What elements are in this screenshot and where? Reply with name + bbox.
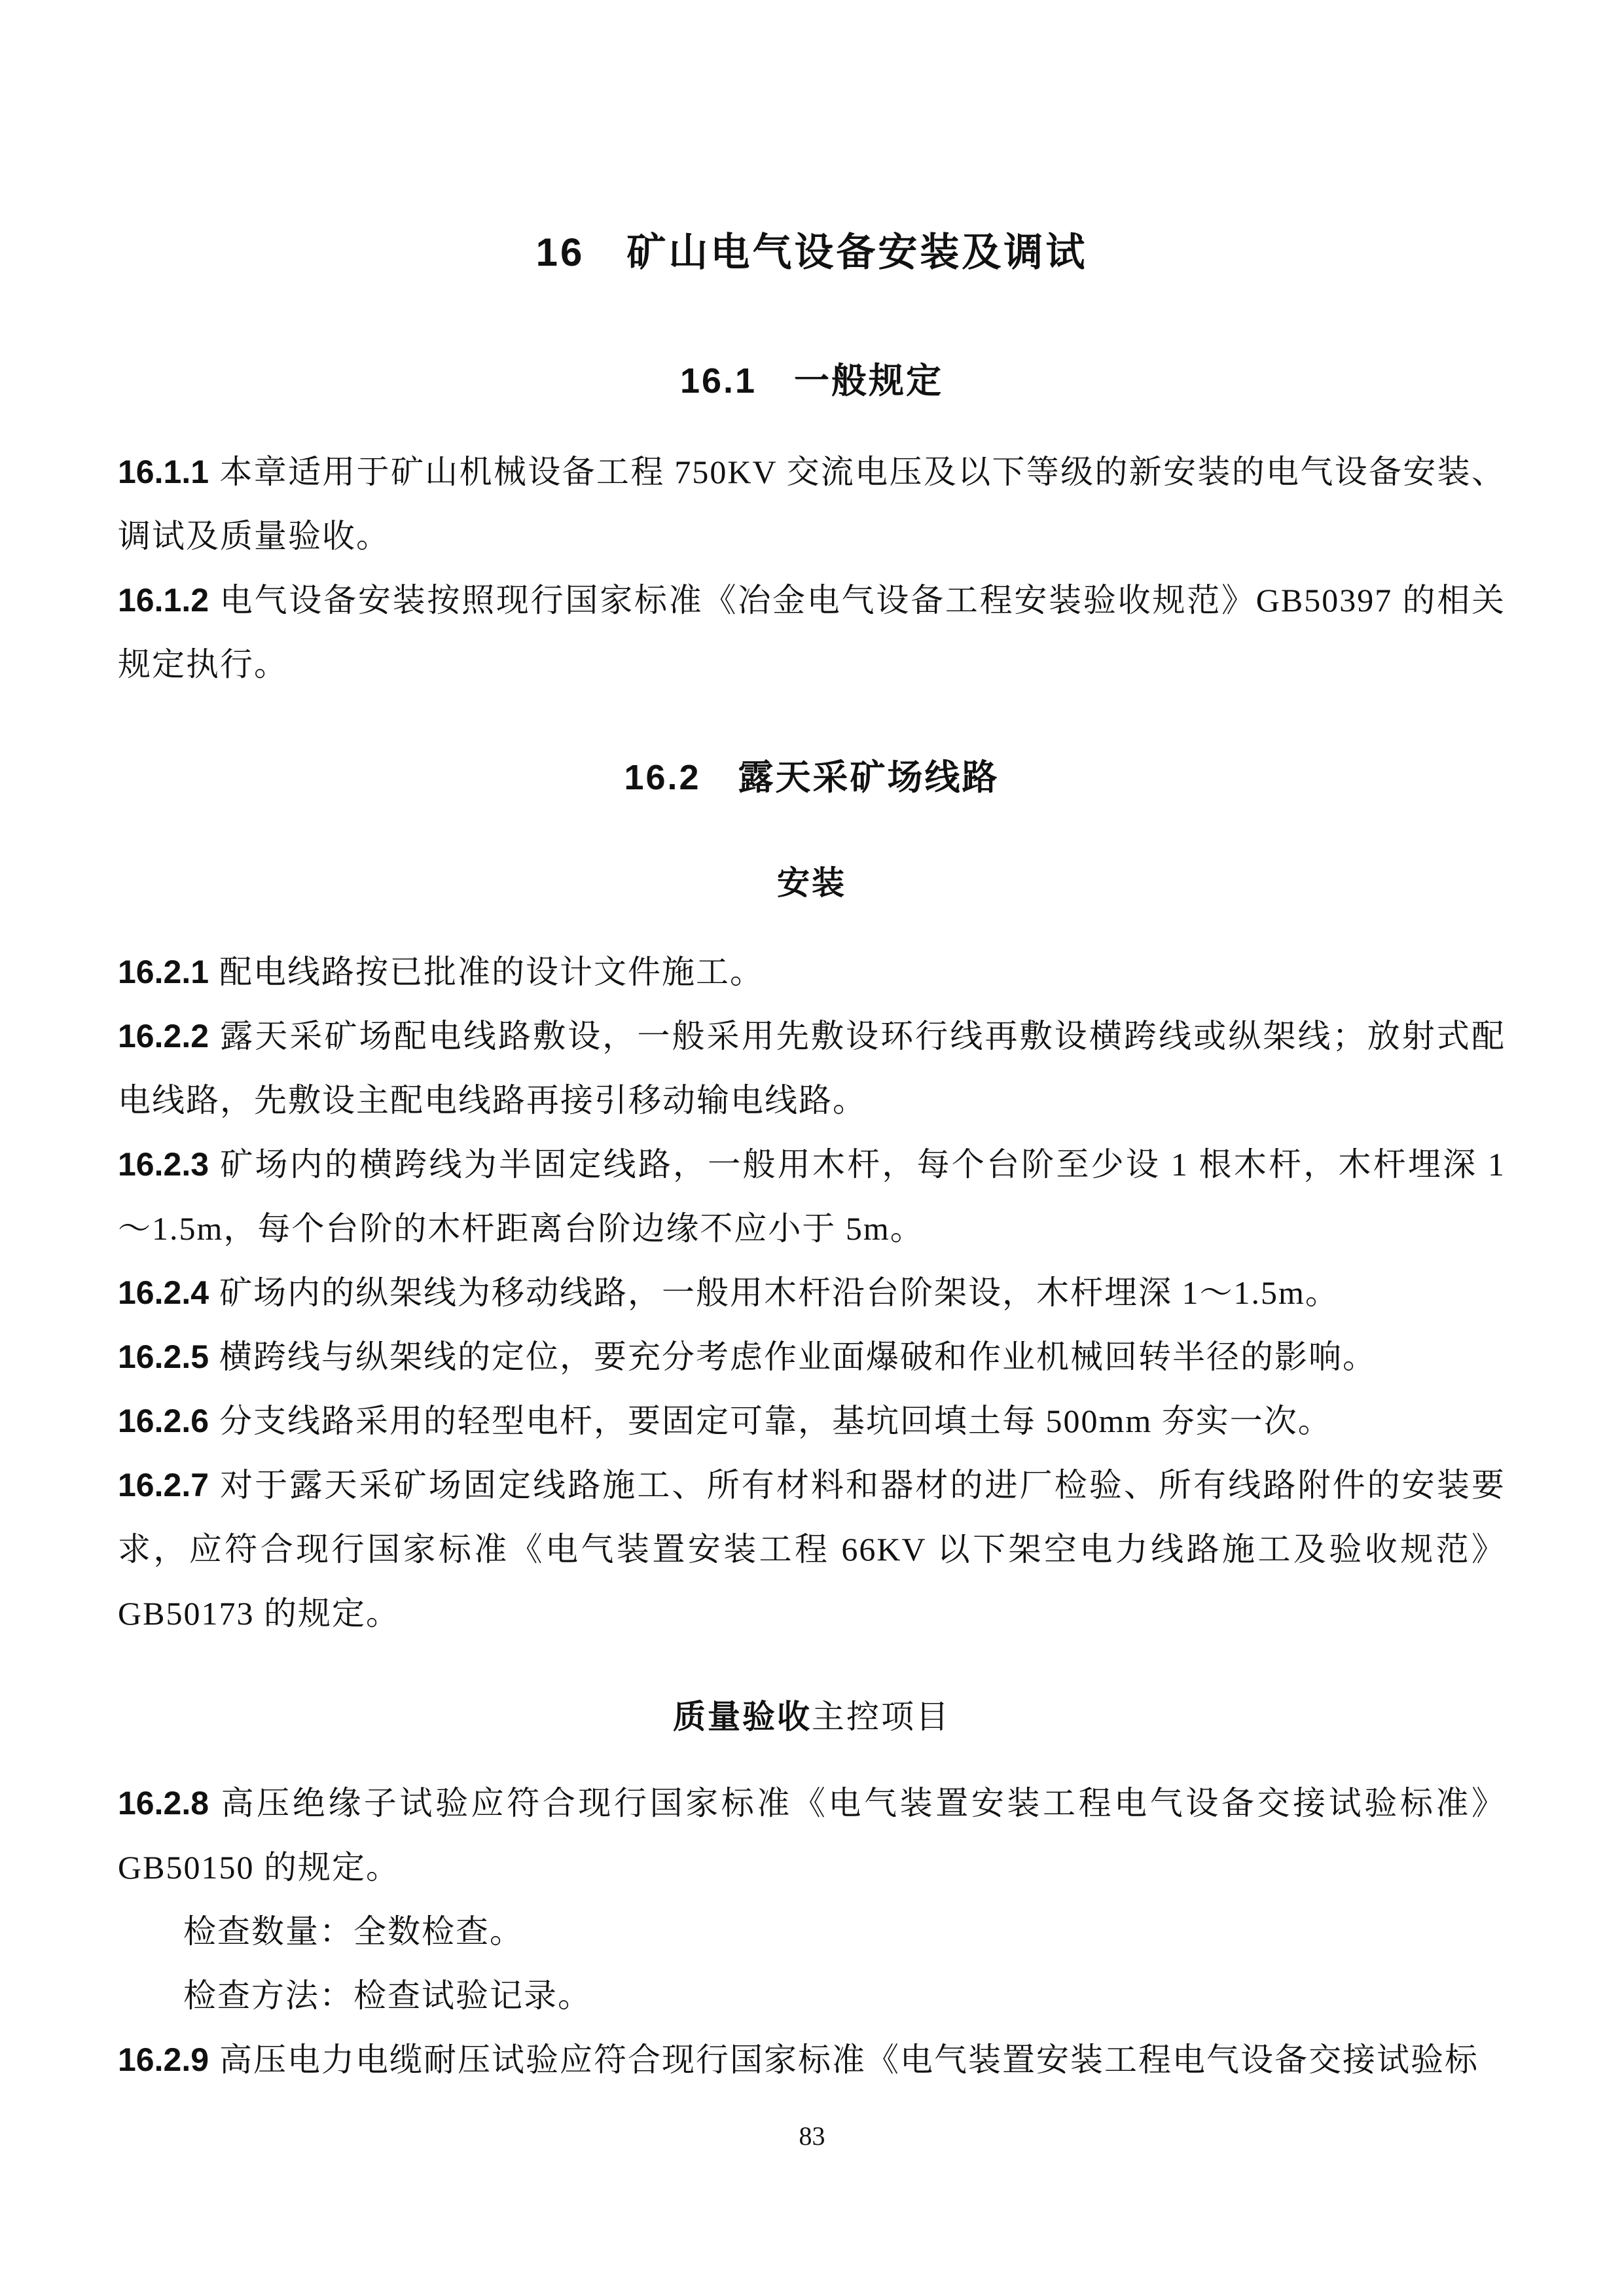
clause-number: 16.2.9 (118, 2041, 209, 2078)
clause-paragraph: 16.1.2电气设备安装按照现行国家标准《冶金电气设备工程安装验收规范》GB50… (118, 568, 1506, 696)
clause-paragraph: 16.2.7对于露天采矿场固定线路施工、所有材料和器材的进厂检验、所有线路附件的… (118, 1453, 1506, 1645)
clause-number: 16.2.2 (118, 1018, 209, 1054)
clause-text: 对于露天采矿场固定线路施工、所有材料和器材的进厂检验、所有线路附件的安装要求，应… (118, 1467, 1506, 1632)
clause-paragraph: 16.2.9高压电力电缆耐压试验应符合现行国家标准《电气装置安装工程电气设备交接… (118, 2028, 1506, 2092)
clause-paragraph: 16.1.1本章适用于矿山机械设备工程 750KV 交流电压及以下等级的新安装的… (118, 440, 1506, 568)
clause-number: 16.2.3 (118, 1146, 209, 1183)
clause-paragraph: 16.2.5横跨线与纵架线的定位，要充分考虑作业面爆破和作业机械回转半径的影响。 (118, 1325, 1506, 1389)
clause-text: 高压电力电缆耐压试验应符合现行国家标准《电气装置安装工程电气设备交接试验标 (219, 2041, 1479, 2078)
document-page: 16 矿山电气设备安装及调试 16.1 一般规定 16.1.1本章适用于矿山机械… (0, 0, 1624, 2296)
clause-text: 分支线路采用的轻型电杆，要固定可靠，基坑回填土每 500mm 夯实一次。 (219, 1403, 1332, 1439)
clause-number: 16.2.5 (118, 1338, 209, 1375)
clause-text: 矿场内的纵架线为移动线路，一般用木杆沿台阶架设，木杆埋深 1～1.5m。 (219, 1274, 1339, 1311)
clause-paragraph: 16.2.8高压绝缘子试验应符合现行国家标准《电气装置安装工程电气设备交接试验标… (118, 1771, 1506, 1899)
clause-text: 本章适用于矿山机械设备工程 750KV 交流电压及以下等级的新安装的电气设备安装… (118, 454, 1506, 554)
clause-number: 16.2.4 (118, 1274, 209, 1311)
sub-heading-quality: 质量验收主控项目 (118, 1698, 1506, 1736)
page-number: 83 (0, 2121, 1624, 2152)
clause-number: 16.2.7 (118, 1467, 209, 1503)
section-heading-16-1: 16.1 一般规定 (118, 360, 1506, 402)
section-16-2-install-body: 16.2.1配电线路按已批准的设计文件施工。 16.2.2露天采矿场配电线路敷设… (118, 940, 1506, 1645)
check-method-line: 检查方法：检查试验记录。 (118, 1964, 1506, 2028)
clause-text: 配电线路按已批准的设计文件施工。 (219, 954, 764, 990)
sub-heading-quality-bold: 质量验收 (673, 1698, 812, 1735)
clause-paragraph: 16.2.3矿场内的横跨线为半固定线路，一般用木杆，每个台阶至少设 1 根木杆，… (118, 1132, 1506, 1261)
clause-paragraph: 16.2.2露天采矿场配电线路敷设，一般采用先敷设环行线再敷设横跨线或纵架线；放… (118, 1004, 1506, 1132)
clause-number: 16.2.6 (118, 1403, 209, 1439)
clause-number: 16.1.2 (118, 582, 209, 619)
clause-paragraph: 16.2.4矿场内的纵架线为移动线路，一般用木杆沿台阶架设，木杆埋深 1～1.5… (118, 1261, 1506, 1325)
sub-heading-install-label: 安装 (777, 865, 846, 901)
clause-paragraph: 16.2.6分支线路采用的轻型电杆，要固定可靠，基坑回填土每 500mm 夯实一… (118, 1389, 1506, 1453)
check-quantity-line: 检查数量：全数检查。 (118, 1899, 1506, 1964)
clause-number: 16.2.1 (118, 954, 209, 990)
section-heading-16-2: 16.2 露天采矿场线路 (118, 757, 1506, 798)
clause-text: 横跨线与纵架线的定位，要充分考虑作业面爆破和作业机械回转半径的影响。 (219, 1338, 1377, 1375)
clause-paragraph: 16.2.1配电线路按已批准的设计文件施工。 (118, 940, 1506, 1004)
sub-heading-install: 安装 (118, 864, 1506, 902)
clause-text: 高压绝缘子试验应符合现行国家标准《电气装置安装工程电气设备交接试验标准》GB50… (118, 1785, 1506, 1886)
sub-heading-quality-regular: 主控项目 (812, 1698, 950, 1735)
section-16-1-body: 16.1.1本章适用于矿山机械设备工程 750KV 交流电压及以下等级的新安装的… (118, 440, 1506, 696)
clause-number: 16.1.1 (118, 454, 209, 490)
clause-text: 露天采矿场配电线路敷设，一般采用先敷设环行线再敷设横跨线或纵架线；放射式配电线路… (118, 1018, 1506, 1119)
chapter-title: 16 矿山电气设备安装及调试 (118, 229, 1506, 276)
clause-number: 16.2.8 (118, 1785, 209, 1821)
section-16-2-quality-body: 16.2.8高压绝缘子试验应符合现行国家标准《电气装置安装工程电气设备交接试验标… (118, 1771, 1506, 2092)
clause-text: 矿场内的横跨线为半固定线路，一般用木杆，每个台阶至少设 1 根木杆，木杆埋深 1… (118, 1146, 1506, 1247)
clause-text: 电气设备安装按照现行国家标准《冶金电气设备工程安装验收规范》GB50397 的相… (118, 582, 1506, 683)
page-content: 16 矿山电气设备安装及调试 16.1 一般规定 16.1.1本章适用于矿山机械… (0, 0, 1624, 2092)
